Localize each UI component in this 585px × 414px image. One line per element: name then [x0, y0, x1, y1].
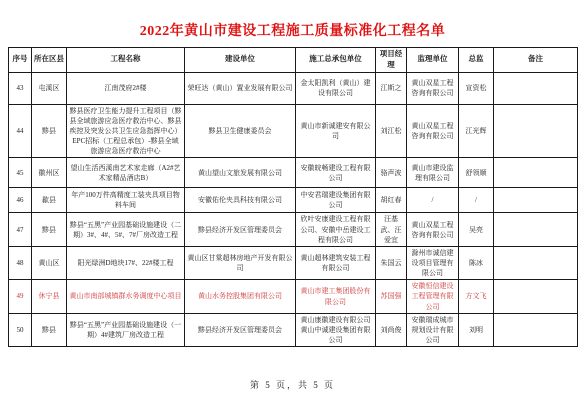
- document-page: 2022年黄山市建设工程施工质量标准化工程名单 序号 所在区县 工程名称 建设单…: [0, 0, 585, 414]
- table-row: 45 徽州区 望山生活西溪南艺术家走廊（A2#艺术家精品酒店B） 黄山望山文旅发…: [9, 158, 578, 188]
- cell-serial: 44: [9, 104, 32, 158]
- cell-project: 黄山市南部城镇群水务调度中心项目: [67, 280, 185, 313]
- cell-manager: 胡红春: [376, 188, 407, 213]
- cell-builder: 安徽佑伦夹具科技有限公司: [185, 188, 296, 213]
- cell-serial: 45: [9, 158, 32, 188]
- table-row: 46 歙县 年产100万件高精度工装夹具项目物料车间 安徽佑伦夹具科技有限公司 …: [9, 188, 578, 213]
- cell-supervisor: 黄山市建设监理有限公司: [407, 158, 459, 188]
- cell-chief: 宣资松: [459, 72, 494, 104]
- cell-manager: 骆声波: [376, 158, 407, 188]
- table-row: 44 黟县 黟县医疗卫生能力提升工程项目（黟县全域旅游应急医疗救治中心、黟县疾控…: [9, 104, 578, 158]
- cell-district: 黟县: [32, 313, 67, 346]
- header-project-manager: 项目经理: [376, 48, 407, 73]
- cell-serial: 46: [9, 188, 32, 213]
- cell-contractor: 黄山市建工集团股份有限公司: [296, 280, 376, 313]
- cell-chief: 方文飞: [459, 280, 494, 313]
- cell-builder: 黟县经济开发区管理委员会: [185, 313, 296, 346]
- cell-serial: 47: [9, 213, 32, 246]
- cell-remark: [494, 313, 578, 346]
- cell-manager: 苏国强: [376, 280, 407, 313]
- cell-supervisor: 安徽恒信建设工程管理有限公司: [407, 280, 459, 313]
- header-supervision-unit: 监理单位: [407, 48, 459, 73]
- cell-remark: [494, 213, 578, 246]
- cell-builder: 黟县卫生健康委员会: [185, 104, 296, 158]
- cell-manager: 刘江松: [376, 104, 407, 158]
- cell-project: 黟县“五黑”产业园基础设施建设（一期）4#建筑厂房改造工程: [67, 313, 185, 346]
- cell-district: 屯溪区: [32, 72, 67, 104]
- cell-project: 黟县医疗卫生能力提升工程项目（黟县全域旅游应急医疗救治中心、黟县疾控及突发公共卫…: [67, 104, 185, 158]
- cell-contractor: 欣叶安康建设工程有限公司、安徽中岳建设工程有限公司: [296, 213, 376, 246]
- cell-chief: 刘明: [459, 313, 494, 346]
- cell-contractor: 黄山康徽建设有限公司 黄山中诚建设集团有限公司: [296, 313, 376, 346]
- cell-manager: 汪基武、汪爱宜: [376, 213, 407, 246]
- cell-contractor: 黄山市新诚建安有限公司: [296, 104, 376, 158]
- cell-supervisor: 安徽瑞成城市规划设计有限公司: [407, 313, 459, 346]
- cell-district: 徽州区: [32, 158, 67, 188]
- cell-supervisor: 滁州市诚信建设项目管理有限公司: [407, 246, 459, 279]
- header-serial-number: 序号: [9, 48, 32, 73]
- cell-builder: 黄山区甘棠超林房地产开发有限公司: [185, 246, 296, 279]
- cell-chief: 江光辉: [459, 104, 494, 158]
- cell-supervisor: 黄山双星工程咨询有限公司: [407, 104, 459, 158]
- header-construction-unit: 建设单位: [185, 48, 296, 73]
- cell-contractor: 黄山超林建筑安装工程有限公司: [296, 246, 376, 279]
- cell-remark: [494, 72, 578, 104]
- cell-serial: 50: [9, 313, 32, 346]
- cell-remark: [494, 280, 578, 313]
- cell-district: 黟县: [32, 213, 67, 246]
- cell-contractor: 中安君瑞建设集团有限公司: [296, 188, 376, 213]
- cell-district: 黟县: [32, 104, 67, 158]
- table-row: 48 黄山区 阳光绿洲D地块17#、22#楼工程 黄山区甘棠超林房地产开发有限公…: [9, 246, 578, 279]
- cell-supervisor: 黄山双星工程咨询有限公司: [407, 213, 459, 246]
- cell-project: 望山生活西溪南艺术家走廊（A2#艺术家精品酒店B）: [67, 158, 185, 188]
- cell-serial: 49: [9, 280, 32, 313]
- cell-project: 年产100万件高精度工装夹具项目物料车间: [67, 188, 185, 213]
- cell-manager: 江斯之: [376, 72, 407, 104]
- cell-builder: 荣旺达（黄山）置业发展有限公司: [185, 72, 296, 104]
- cell-serial: 48: [9, 246, 32, 279]
- table-row: 43 屯溪区 江南茂府2#楼 荣旺达（黄山）置业发展有限公司 金太阳凯利（黄山）…: [9, 72, 578, 104]
- cell-remark: [494, 104, 578, 158]
- cell-chief: 吴亮: [459, 213, 494, 246]
- cell-project: 江南茂府2#楼: [67, 72, 185, 104]
- header-project-name: 工程名称: [67, 48, 185, 73]
- header-general-contractor: 施工总承包单位: [296, 48, 376, 73]
- table-header-row: 序号 所在区县 工程名称 建设单位 施工总承包单位 项目经理 监理单位 总监 备…: [9, 48, 578, 73]
- cell-district: 黄山区: [32, 246, 67, 279]
- cell-serial: 43: [9, 72, 32, 104]
- cell-district: 歙县: [32, 188, 67, 213]
- table-row: 47 黟县 黟县“五黑”产业园基础设施建设（二期）3#、4#、5#、7#厂房改造…: [9, 213, 578, 246]
- projects-table: 序号 所在区县 工程名称 建设单位 施工总承包单位 项目经理 监理单位 总监 备…: [8, 47, 578, 347]
- cell-project: 阳光绿洲D地块17#、22#楼工程: [67, 246, 185, 279]
- page-title: 2022年黄山市建设工程施工质量标准化工程名单: [0, 20, 585, 40]
- cell-builder: 黄山水务控股集团有限公司: [185, 280, 296, 313]
- cell-supervisor: 黄山双星工程咨询有限公司: [407, 72, 459, 104]
- cell-contractor: 金太阳凯利（黄山）建设有限公司: [296, 72, 376, 104]
- cell-builder: 黟县经济开发区管理委员会: [185, 213, 296, 246]
- cell-manager: 刘尚俊: [376, 313, 407, 346]
- cell-district: 休宁县: [32, 280, 67, 313]
- cell-supervisor: /: [407, 188, 459, 213]
- cell-builder: 黄山望山文旅发展有限公司: [185, 158, 296, 188]
- cell-remark: [494, 158, 578, 188]
- cell-contractor: 安徽皖畅建设工程有限公司: [296, 158, 376, 188]
- table-row: 50 黟县 黟县“五黑”产业园基础设施建设（一期）4#建筑厂房改造工程 黟县经济…: [9, 313, 578, 346]
- page-number: 第 5 页，共 5 页: [0, 378, 585, 391]
- header-chief-supervisor: 总监: [459, 48, 494, 73]
- cell-chief: 陈冰: [459, 246, 494, 279]
- cell-chief: /: [459, 188, 494, 213]
- cell-chief: 舒领顺: [459, 158, 494, 188]
- header-remarks: 备注: [494, 48, 578, 73]
- table-row-highlighted: 49 休宁县 黄山市南部城镇群水务调度中心项目 黄山水务控股集团有限公司 黄山市…: [9, 280, 578, 313]
- cell-manager: 朱国云: [376, 246, 407, 279]
- cell-project: 黟县“五黑”产业园基础设施建设（二期）3#、4#、5#、7#厂房改造工程: [67, 213, 185, 246]
- cell-remark: [494, 188, 578, 213]
- cell-remark: [494, 246, 578, 279]
- header-district: 所在区县: [32, 48, 67, 73]
